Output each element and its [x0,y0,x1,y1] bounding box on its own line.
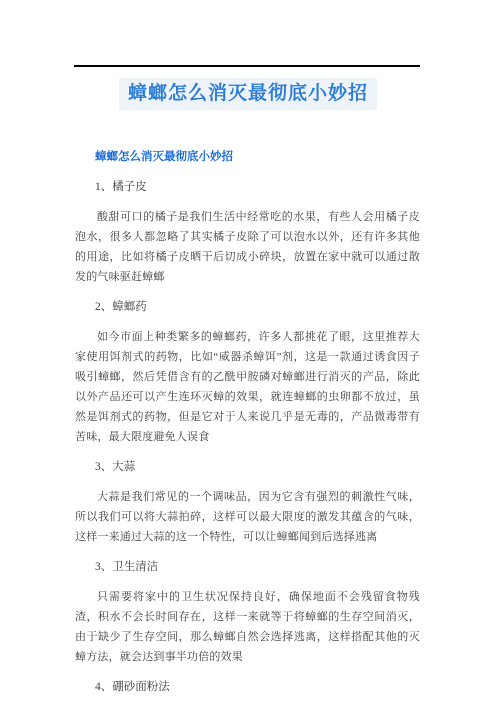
document-subtitle: 蟑螂怎么消灭最彻底小妙招 [75,147,420,167]
title-container: 蟑螂怎么消灭最彻底小妙招 [0,78,496,110]
section-paragraph-1: 酸甜可口的橘子是我们生活中经常吃的水果，有些人会用橘子皮泡水，很多人都忽略了其实… [75,207,420,287]
header-divider-rule [74,65,420,67]
section-heading-2: 2、蟑螂药 [75,297,420,317]
section-paragraph-3: 大蒜是我们常见的一个调味品，因为它含有强烈的刺激性气味，所以我们可以将大蒜拍碎，… [75,487,420,547]
document-body: 蟑螂怎么消灭最彻底小妙招 1、橘子皮 酸甜可口的橘子是我们生活中经常吃的水果，有… [75,147,420,697]
section-paragraph-4: 只需要将家中的卫生状况保持良好，确保地面不会残留食物残渣，积水不会长时间存在，这… [75,587,420,667]
section-heading-5: 4、硼砂面粉法 [75,677,420,697]
section-heading-3: 3、大蒜 [75,457,420,477]
page-title: 蟑螂怎么消灭最彻底小妙招 [119,78,377,110]
section-heading-4: 3、卫生清洁 [75,557,420,577]
section-paragraph-2: 如今市面上种类繁多的蟑螂药，许多人都挑花了眼，这里推荐大家使用饵剂式的药物，比如… [75,327,420,447]
section-heading-1: 1、橘子皮 [75,177,420,197]
document-page: 蟑螂怎么消灭最彻底小妙招 蟑螂怎么消灭最彻底小妙招 1、橘子皮 酸甜可口的橘子是… [0,0,496,702]
